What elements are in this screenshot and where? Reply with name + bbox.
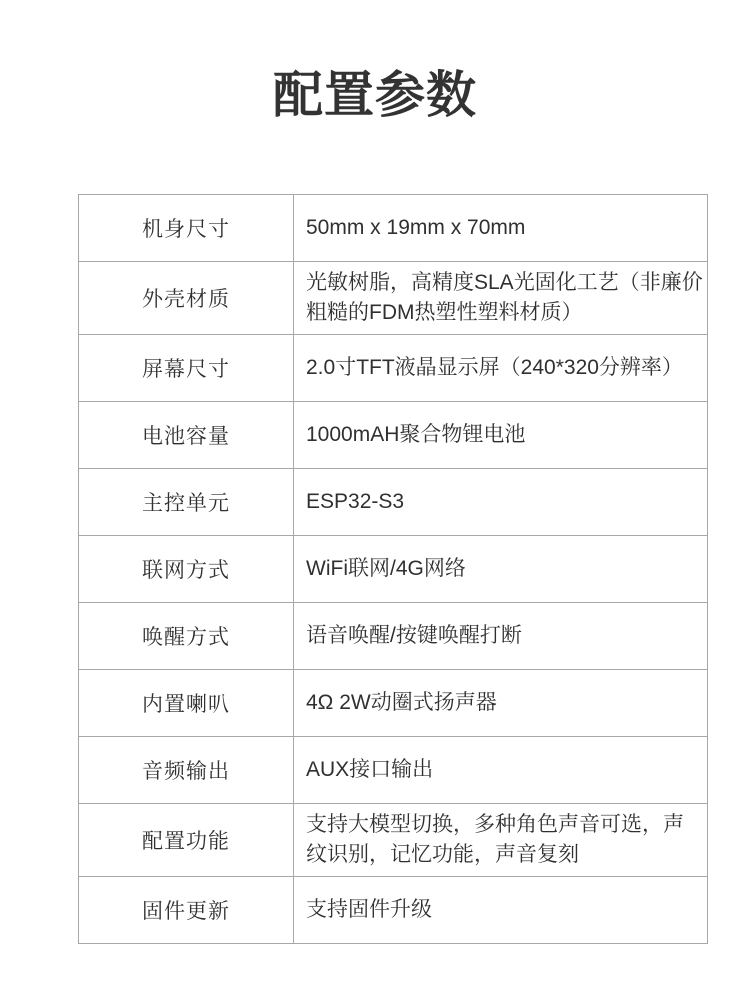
spec-value: 1000mAH聚合物锂电池 bbox=[294, 402, 708, 469]
spec-row-shell-material: 外壳材质 光敏树脂，高精度SLA光固化工艺（非廉价粗糙的FDM热塑性塑料材质） bbox=[79, 262, 708, 335]
spec-value: 2.0寸TFT液晶显示屏（240*320分辨率） bbox=[294, 335, 708, 402]
spec-value: 支持大模型切换，多种角色声音可选，声纹识别，记忆功能，声音复刻 bbox=[294, 804, 708, 877]
spec-value: 语音唤醒/按键唤醒打断 bbox=[294, 603, 708, 670]
spec-label: 外壳材质 bbox=[79, 262, 294, 335]
spec-row-firmware-update: 固件更新 支持固件升级 bbox=[79, 877, 708, 944]
spec-label: 机身尺寸 bbox=[79, 195, 294, 262]
spec-row-battery-capacity: 电池容量 1000mAH聚合物锂电池 bbox=[79, 402, 708, 469]
spec-row-body-size: 机身尺寸 50mm x 19mm x 70mm bbox=[79, 195, 708, 262]
spec-value: 支持固件升级 bbox=[294, 877, 708, 944]
spec-label: 联网方式 bbox=[79, 536, 294, 603]
spec-label: 主控单元 bbox=[79, 469, 294, 536]
spec-label: 音频输出 bbox=[79, 737, 294, 804]
spec-value: ESP32-S3 bbox=[294, 469, 708, 536]
spec-table: 机身尺寸 50mm x 19mm x 70mm 外壳材质 光敏树脂，高精度SLA… bbox=[78, 194, 708, 944]
spec-label: 内置喇叭 bbox=[79, 670, 294, 737]
spec-value: AUX接口输出 bbox=[294, 737, 708, 804]
spec-label: 固件更新 bbox=[79, 877, 294, 944]
spec-label: 电池容量 bbox=[79, 402, 294, 469]
spec-value: 4Ω 2W动圈式扬声器 bbox=[294, 670, 708, 737]
spec-row-network-mode: 联网方式 WiFi联网/4G网络 bbox=[79, 536, 708, 603]
spec-row-wake-mode: 唤醒方式 语音唤醒/按键唤醒打断 bbox=[79, 603, 708, 670]
spec-label: 配置功能 bbox=[79, 804, 294, 877]
product-spec-page: 配置参数 机身尺寸 50mm x 19mm x 70mm 外壳材质 光敏树脂，高… bbox=[0, 0, 750, 1000]
spec-row-main-controller: 主控单元 ESP32-S3 bbox=[79, 469, 708, 536]
spec-value: WiFi联网/4G网络 bbox=[294, 536, 708, 603]
spec-row-screen-size: 屏幕尺寸 2.0寸TFT液晶显示屏（240*320分辨率） bbox=[79, 335, 708, 402]
page-title: 配置参数 bbox=[0, 0, 750, 124]
spec-row-speaker: 内置喇叭 4Ω 2W动圈式扬声器 bbox=[79, 670, 708, 737]
spec-label: 屏幕尺寸 bbox=[79, 335, 294, 402]
spec-label: 唤醒方式 bbox=[79, 603, 294, 670]
spec-value: 50mm x 19mm x 70mm bbox=[294, 195, 708, 262]
spec-table-body: 机身尺寸 50mm x 19mm x 70mm 外壳材质 光敏树脂，高精度SLA… bbox=[79, 195, 708, 944]
spec-row-audio-output: 音频输出 AUX接口输出 bbox=[79, 737, 708, 804]
spec-value: 光敏树脂，高精度SLA光固化工艺（非廉价粗糙的FDM热塑性塑料材质） bbox=[294, 262, 708, 335]
spec-row-config-features: 配置功能 支持大模型切换，多种角色声音可选，声纹识别，记忆功能，声音复刻 bbox=[79, 804, 708, 877]
